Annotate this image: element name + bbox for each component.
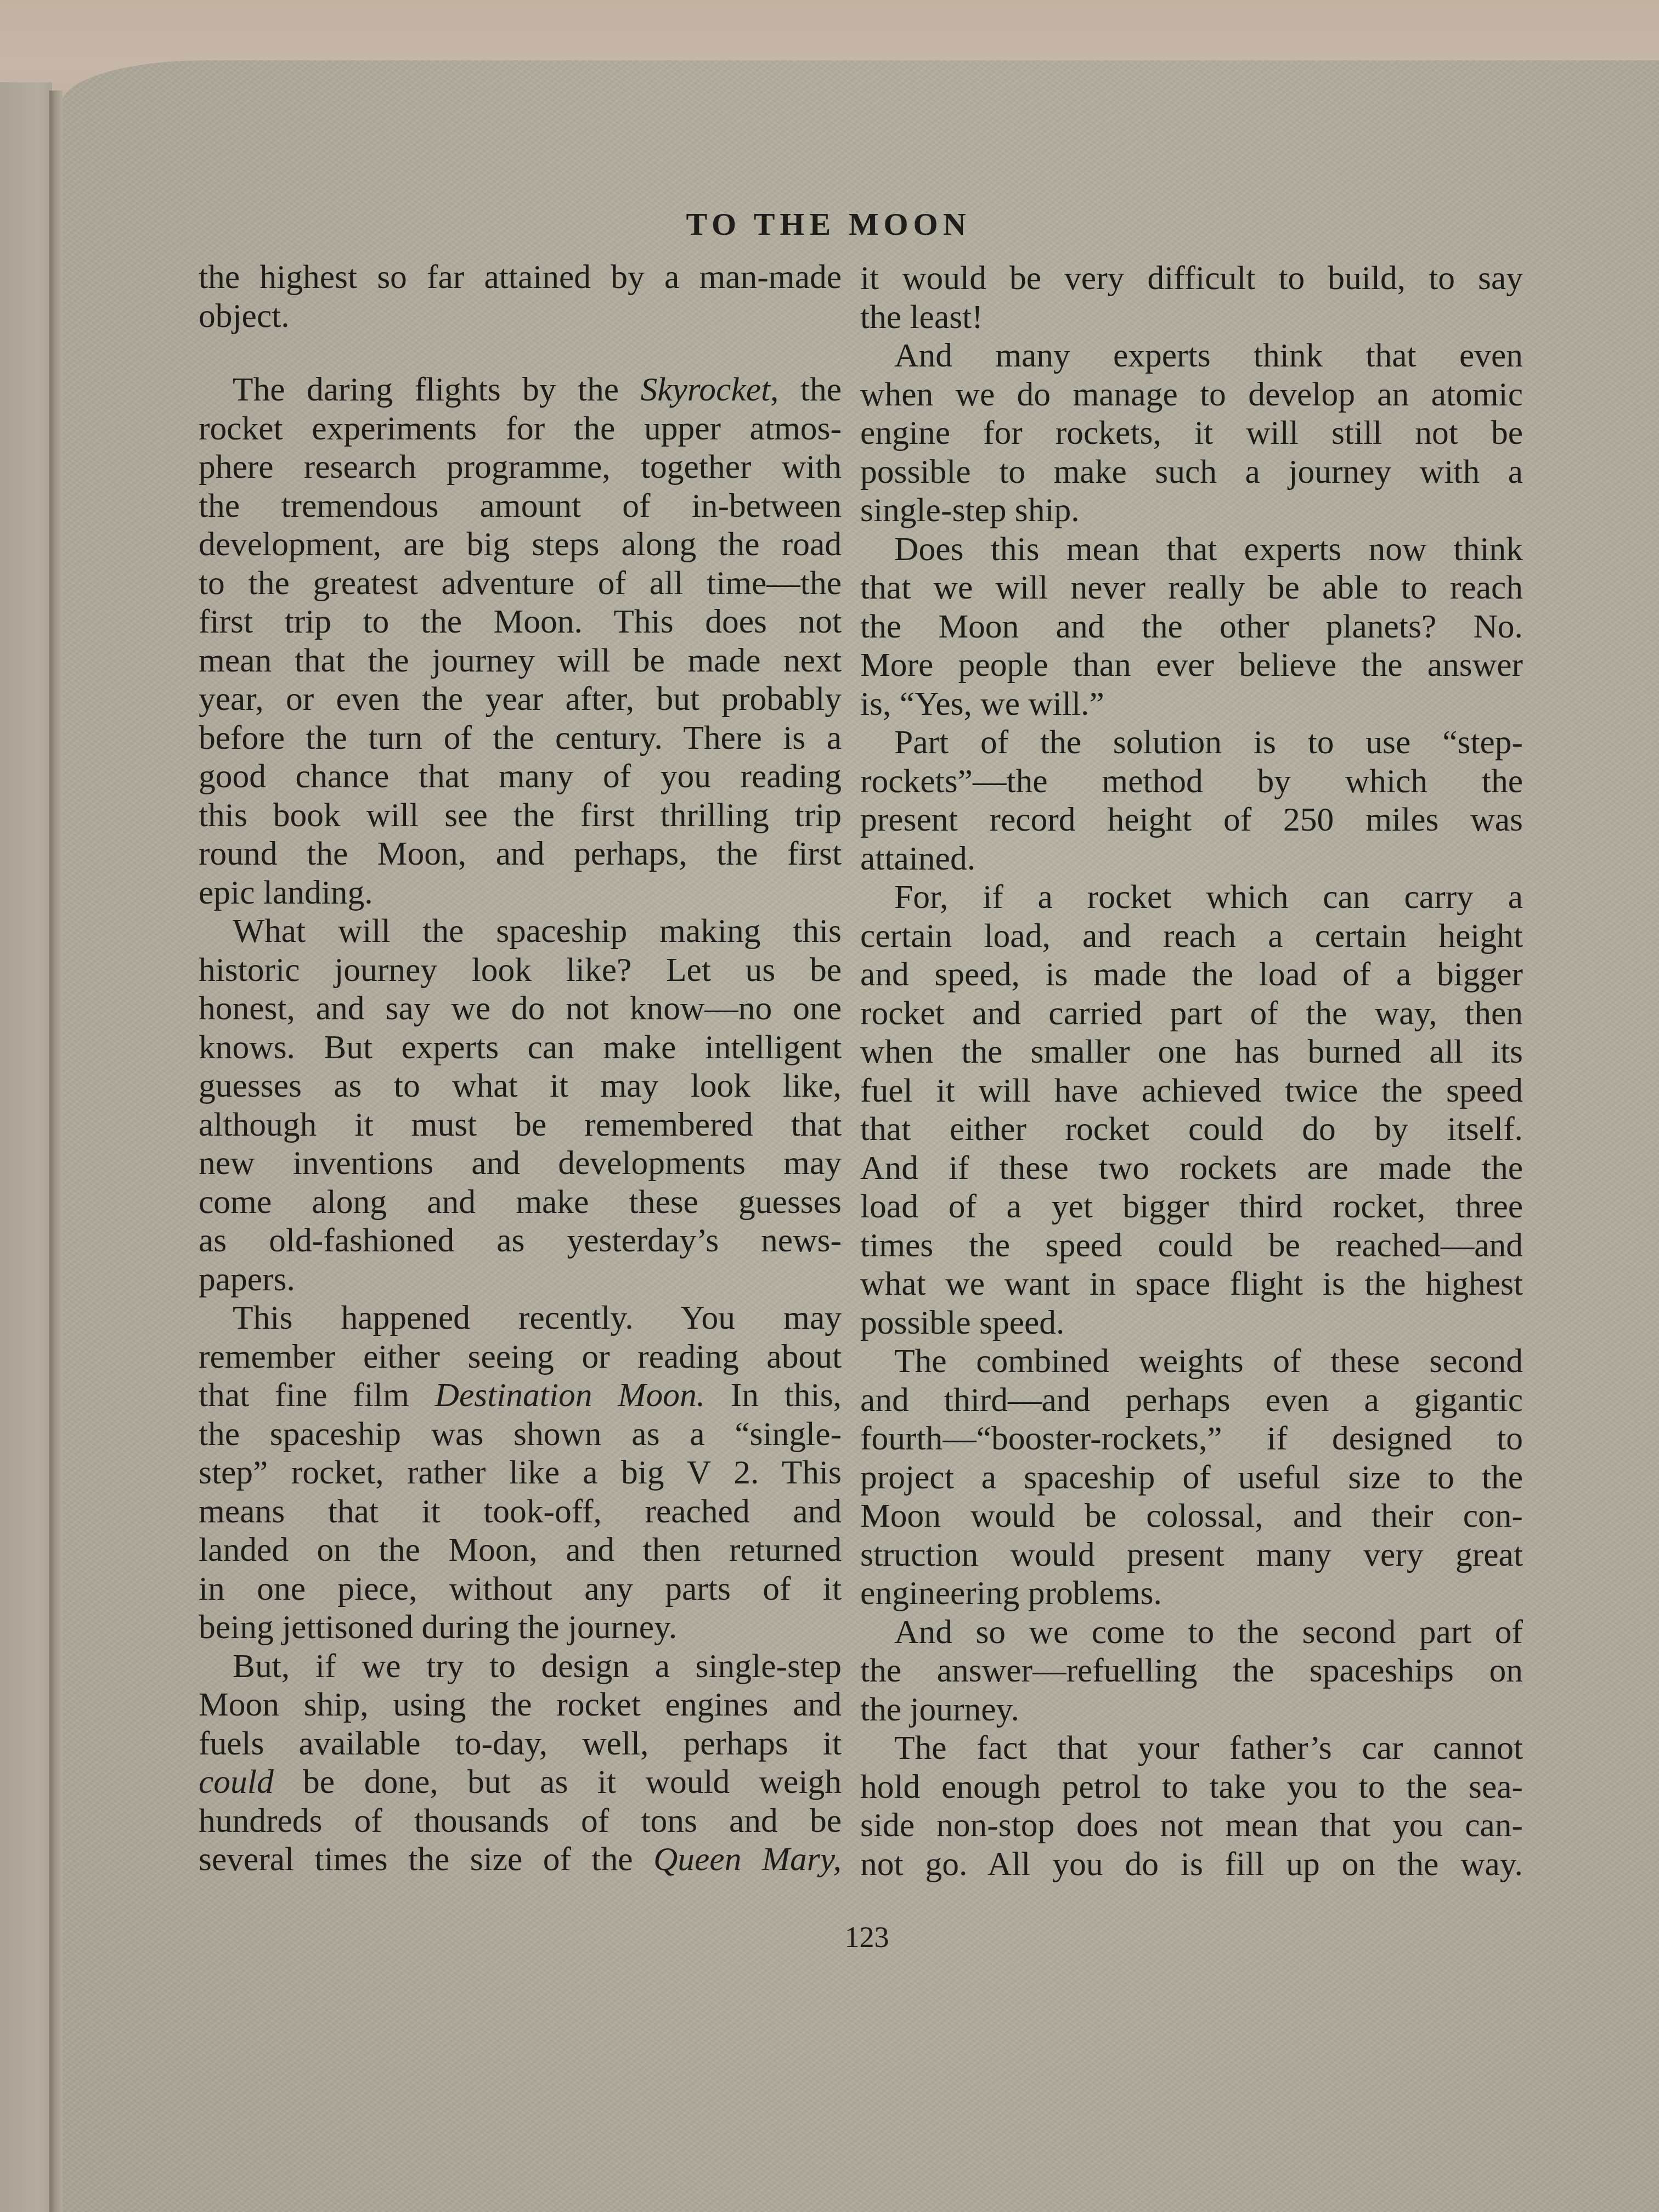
paragraph: The fact that your father’s car cannotho… xyxy=(860,1729,1523,1883)
text-line: epic landing. xyxy=(199,873,842,912)
text-run: rockets”—the method by which the xyxy=(860,763,1523,800)
italic-text: could xyxy=(199,1763,274,1801)
text-line: papers. xyxy=(199,1260,842,1299)
text-run: hundreds of thousands of tons and be xyxy=(199,1802,842,1839)
text-line: landed on the Moon, and then returned xyxy=(199,1531,842,1570)
text-line: guesses as to what it may look like, xyxy=(199,1066,842,1105)
paragraph: The combined weights of these secondand … xyxy=(860,1342,1523,1613)
text-run: fourth—“booster-rockets,” if designed to xyxy=(860,1420,1523,1457)
text-line: Moon would be colossal, and their con- xyxy=(860,1497,1523,1536)
text-line: round the Moon, and perhaps, the first xyxy=(199,834,842,873)
text-run: fuel it will have achieved twice the spe… xyxy=(860,1072,1523,1109)
text-run: papers. xyxy=(199,1261,295,1298)
text-line: This happened recently. You may xyxy=(199,1299,842,1338)
paragraph: For, if a rocket which can carry acertai… xyxy=(860,878,1523,1342)
text-run: that fine film xyxy=(199,1376,435,1414)
text-run: and third—and perhaps even a gigantic xyxy=(860,1381,1523,1419)
text-line: remember either seeing or reading about xyxy=(199,1338,842,1376)
text-line: although it must be remembered that xyxy=(199,1105,842,1144)
text-line: For, if a rocket which can carry a xyxy=(860,878,1523,917)
paragraph: And so we come to the second part ofthe … xyxy=(860,1613,1523,1729)
text-run: the tremendous amount of in-between xyxy=(199,487,842,524)
text-line: engineering problems. xyxy=(860,1574,1523,1613)
text-run: remember either seeing or reading about xyxy=(199,1338,842,1375)
text-run: rocket experiments for the upper atmos- xyxy=(199,410,842,447)
text-run: Part of the solution is to use “step- xyxy=(894,724,1523,761)
text-run: good chance that many of you reading xyxy=(199,758,842,795)
text-line: the journey. xyxy=(860,1690,1523,1729)
text-line: struction would present many very great xyxy=(860,1536,1523,1575)
text-line: when the smaller one has burned all its xyxy=(860,1032,1523,1071)
text-line: engine for rockets, it will still not be xyxy=(860,414,1523,453)
text-line: attained. xyxy=(860,839,1523,878)
text-line: times the speed could be reached—and xyxy=(860,1226,1523,1265)
text-line: being jettisoned during the journey. xyxy=(199,1608,842,1647)
text-line: The daring flights by the Skyrocket, the xyxy=(199,370,842,409)
left-text-column: the highest so far attained by a man-mad… xyxy=(199,258,842,1879)
text-run: project a spaceship of useful size to th… xyxy=(860,1459,1523,1496)
text-line: that we will never really be able to rea… xyxy=(860,568,1523,607)
text-run: landed on the Moon, and then returned xyxy=(199,1531,842,1568)
text-line: step” rocket, rather like a big V 2. Thi… xyxy=(199,1453,842,1492)
paragraph: What will the spaceship making thishisto… xyxy=(199,912,842,1299)
text-run: honest, and say we do not know—no one xyxy=(199,990,842,1027)
text-run: historic journey look like? Let us be xyxy=(199,951,842,989)
text-run: Does this mean that experts now think xyxy=(894,531,1523,568)
book-gutter xyxy=(49,91,63,2212)
text-run: what we want in space flight is the high… xyxy=(860,1265,1523,1302)
text-run: The daring flights by the xyxy=(233,371,640,408)
text-line: development, are big steps along the roa… xyxy=(199,525,842,564)
text-run: means that it took-off, reached and xyxy=(199,1493,842,1530)
text-run: hold enough petrol to take you to the se… xyxy=(860,1768,1523,1805)
text-run: that we will never really be able to rea… xyxy=(860,569,1523,606)
text-run: is, “Yes, we will.” xyxy=(860,685,1104,723)
text-run: that either rocket could do by itself. xyxy=(860,1110,1523,1148)
text-line: The combined weights of these second xyxy=(860,1342,1523,1381)
text-run: fuels available to-day, well, perhaps it xyxy=(199,1725,842,1762)
previous-page-edge xyxy=(0,82,52,2212)
text-run: engineering problems. xyxy=(860,1575,1162,1612)
text-line: present record height of 250 miles was xyxy=(860,800,1523,839)
text-line: the highest so far attained by a man-mad… xyxy=(199,258,842,297)
text-line: hundreds of thousands of tons and be xyxy=(199,1802,842,1841)
text-run: Moon would be colossal, and their con- xyxy=(860,1497,1523,1534)
text-line: phere research programme, together with xyxy=(199,448,842,487)
text-run: before the turn of the century. There is… xyxy=(199,719,842,757)
text-run: development, are big steps along the roa… xyxy=(199,526,842,563)
text-line: honest, and say we do not know—no one xyxy=(199,989,842,1028)
text-line: several times the size of the Queen Mary… xyxy=(199,1840,842,1879)
text-run: possible to make such a journey with a xyxy=(860,453,1523,490)
text-line: means that it took-off, reached and xyxy=(199,1492,842,1531)
text-line: good chance that many of you reading xyxy=(199,757,842,796)
text-line: But, if we try to design a single-step xyxy=(199,1647,842,1686)
text-run: as old-fashioned as yesterday’s news- xyxy=(199,1222,842,1259)
text-run: , the xyxy=(770,371,842,408)
text-run: not go. All you do is fill up on the way… xyxy=(860,1846,1523,1883)
text-run: guesses as to what it may look like, xyxy=(199,1067,842,1104)
text-run: attained. xyxy=(860,840,975,877)
paragraph: Part of the solution is to use “step-roc… xyxy=(860,723,1523,878)
text-run: epic landing. xyxy=(199,874,373,911)
text-run: times the speed could be reached—and xyxy=(860,1227,1523,1264)
text-line: knows. But experts can make intelligent xyxy=(199,1028,842,1067)
italic-text: Skyrocket xyxy=(640,371,770,408)
text-line: rockets”—the method by which the xyxy=(860,762,1523,801)
text-line: possible speed. xyxy=(860,1304,1523,1342)
text-run: first trip to the Moon. This does not xyxy=(199,603,842,640)
text-line: hold enough petrol to take you to the se… xyxy=(860,1768,1523,1807)
paragraph: the highest so far attained by a man-mad… xyxy=(199,258,842,335)
text-run: when the smaller one has burned all its xyxy=(860,1033,1523,1070)
text-line: that either rocket could do by itself. xyxy=(860,1110,1523,1149)
text-line: new inventions and developments may xyxy=(199,1144,842,1183)
text-run: More people than ever believe the answer xyxy=(860,646,1523,684)
text-line: when we do manage to develop an atomic xyxy=(860,375,1523,414)
text-line: the answer—refuelling the spaceships on xyxy=(860,1651,1523,1690)
text-line: rocket and carried part of the way, then xyxy=(860,994,1523,1033)
text-run: What will the spaceship making this xyxy=(233,912,842,950)
text-line: not go. All you do is fill up on the way… xyxy=(860,1845,1523,1884)
text-run: although it must be remembered that xyxy=(199,1106,842,1143)
text-line: in one piece, without any parts of it xyxy=(199,1570,842,1609)
text-line: year, or even the year after, but probab… xyxy=(199,680,842,719)
text-line: the least! xyxy=(860,298,1523,337)
text-run: certain load, and reach a certain height xyxy=(860,917,1523,955)
text-run: And many experts think that even xyxy=(894,337,1523,374)
text-line: possible to make such a journey with a xyxy=(860,453,1523,492)
text-line: The fact that your father’s car cannot xyxy=(860,1729,1523,1768)
text-run: several times the size of the xyxy=(199,1841,653,1878)
text-line: More people than ever believe the answer xyxy=(860,646,1523,685)
text-line: Part of the solution is to use “step- xyxy=(860,723,1523,762)
text-line: rocket experiments for the upper atmos- xyxy=(199,409,842,448)
text-line: come along and make these guesses xyxy=(199,1183,842,1222)
text-run: In this, xyxy=(705,1376,842,1414)
text-run: round the Moon, and perhaps, the first xyxy=(199,835,842,872)
text-line: the tremendous amount of in-between xyxy=(199,487,842,526)
italic-text: Queen Mary, xyxy=(653,1841,842,1878)
text-line: before the turn of the century. There is… xyxy=(199,719,842,758)
text-run: object. xyxy=(199,297,290,335)
text-run: the spaceship was shown as a “single- xyxy=(199,1415,842,1453)
text-run: the journey. xyxy=(860,1691,1019,1728)
text-run: step” rocket, rather like a big V 2. Thi… xyxy=(199,1454,842,1491)
paragraph: Does this mean that experts now thinktha… xyxy=(860,530,1523,724)
text-run: struction would present many very great xyxy=(860,1536,1523,1573)
text-line: Does this mean that experts now think xyxy=(860,530,1523,569)
italic-text: Destination Moon. xyxy=(435,1376,706,1414)
text-run: phere research programme, together with xyxy=(199,448,842,486)
text-line: mean that the journey will be made next xyxy=(199,641,842,680)
paragraph: And many experts think that evenwhen we … xyxy=(860,336,1523,530)
text-line: And so we come to the second part of xyxy=(860,1613,1523,1652)
text-line: Moon ship, using the rocket engines and xyxy=(199,1685,842,1724)
text-run: the Moon and the other planets? No. xyxy=(860,608,1523,645)
text-line: single-step ship. xyxy=(860,491,1523,530)
text-run: And so we come to the second part of xyxy=(894,1613,1523,1651)
text-line: fuels available to-day, well, perhaps it xyxy=(199,1724,842,1763)
text-run: this book will see the first thrilling t… xyxy=(199,797,842,834)
text-run: side non-stop does not mean that you can… xyxy=(860,1807,1523,1844)
text-run: The combined weights of these second xyxy=(894,1342,1523,1380)
text-run: And if these two rockets are made the xyxy=(860,1149,1523,1187)
text-run: new inventions and developments may xyxy=(199,1144,842,1182)
text-run: be done, but as it would weigh xyxy=(274,1763,842,1801)
text-run: to the greatest adventure of all time—th… xyxy=(199,565,842,602)
text-line: and speed, is made the load of a bigger xyxy=(860,955,1523,994)
running-head: TO THE MOON xyxy=(675,206,982,242)
text-line: object. xyxy=(199,297,842,336)
paragraph: But, if we try to design a single-stepMo… xyxy=(199,1647,842,1879)
text-line: first trip to the Moon. This does not xyxy=(199,602,842,641)
text-line: fourth—“booster-rockets,” if designed to xyxy=(860,1419,1523,1458)
text-line: to the greatest adventure of all time—th… xyxy=(199,564,842,603)
text-line: What will the spaceship making this xyxy=(199,912,842,951)
text-line: could be done, but as it would weigh xyxy=(199,1763,842,1802)
text-line: project a spaceship of useful size to th… xyxy=(860,1458,1523,1497)
text-run: possible speed. xyxy=(860,1304,1064,1341)
text-run: load of a yet bigger third rocket, three xyxy=(860,1188,1523,1225)
text-line: that fine film Destination Moon. In this… xyxy=(199,1376,842,1415)
text-line: as old-fashioned as yesterday’s news- xyxy=(199,1221,842,1260)
text-run: the highest so far attained by a man-mad… xyxy=(199,258,842,296)
page-number: 123 xyxy=(839,1920,894,1954)
text-run: come along and make these guesses xyxy=(199,1183,842,1221)
text-run: in one piece, without any parts of it xyxy=(199,1570,842,1607)
text-run: knows. But experts can make intelligent xyxy=(199,1029,842,1066)
text-run: mean that the journey will be made next xyxy=(199,642,842,679)
text-line: side non-stop does not mean that you can… xyxy=(860,1806,1523,1845)
text-run: Moon ship, using the rocket engines and xyxy=(199,1686,842,1723)
text-run: For, if a rocket which can carry a xyxy=(894,878,1523,916)
text-run: the least! xyxy=(860,298,983,336)
text-line: certain load, and reach a certain height xyxy=(860,917,1523,956)
text-line: and third—and perhaps even a gigantic xyxy=(860,1381,1523,1420)
text-run: it would be very difficult to build, to … xyxy=(860,259,1523,297)
text-run: year, or even the year after, but probab… xyxy=(199,680,842,718)
text-line: is, “Yes, we will.” xyxy=(860,685,1523,724)
text-run: single-step ship. xyxy=(860,492,1080,529)
text-run: the answer—refuelling the spaceships on xyxy=(860,1652,1523,1689)
paragraph: it would be very difficult to build, to … xyxy=(860,259,1523,336)
text-line: the Moon and the other planets? No. xyxy=(860,607,1523,646)
text-run: rocket and carried part of the way, then xyxy=(860,995,1523,1032)
text-line: this book will see the first thrilling t… xyxy=(199,796,842,835)
text-run: But, if we try to design a single-step xyxy=(233,1647,842,1685)
text-run: present record height of 250 miles was xyxy=(860,801,1523,838)
right-text-column: it would be very difficult to build, to … xyxy=(860,259,1523,1883)
text-line: load of a yet bigger third rocket, three xyxy=(860,1187,1523,1226)
text-line: historic journey look like? Let us be xyxy=(199,951,842,990)
text-run: when we do manage to develop an atomic xyxy=(860,376,1523,413)
paragraph: The daring flights by the Skyrocket, the… xyxy=(199,370,842,912)
text-line: And many experts think that even xyxy=(860,336,1523,375)
text-run: being jettisoned during the journey. xyxy=(199,1609,677,1646)
text-run: and speed, is made the load of a bigger xyxy=(860,956,1523,993)
text-line: fuel it will have achieved twice the spe… xyxy=(860,1071,1523,1110)
text-line: the spaceship was shown as a “single- xyxy=(199,1415,842,1454)
text-run: The fact that your father’s car cannot xyxy=(894,1729,1523,1767)
text-line: it would be very difficult to build, to … xyxy=(860,259,1523,298)
text-line: what we want in space flight is the high… xyxy=(860,1265,1523,1304)
text-run: engine for rockets, it will still not be xyxy=(860,414,1523,452)
text-line: And if these two rockets are made the xyxy=(860,1149,1523,1188)
paragraph: This happened recently. You mayremember … xyxy=(199,1299,842,1647)
text-run: This happened recently. You may xyxy=(233,1299,842,1336)
